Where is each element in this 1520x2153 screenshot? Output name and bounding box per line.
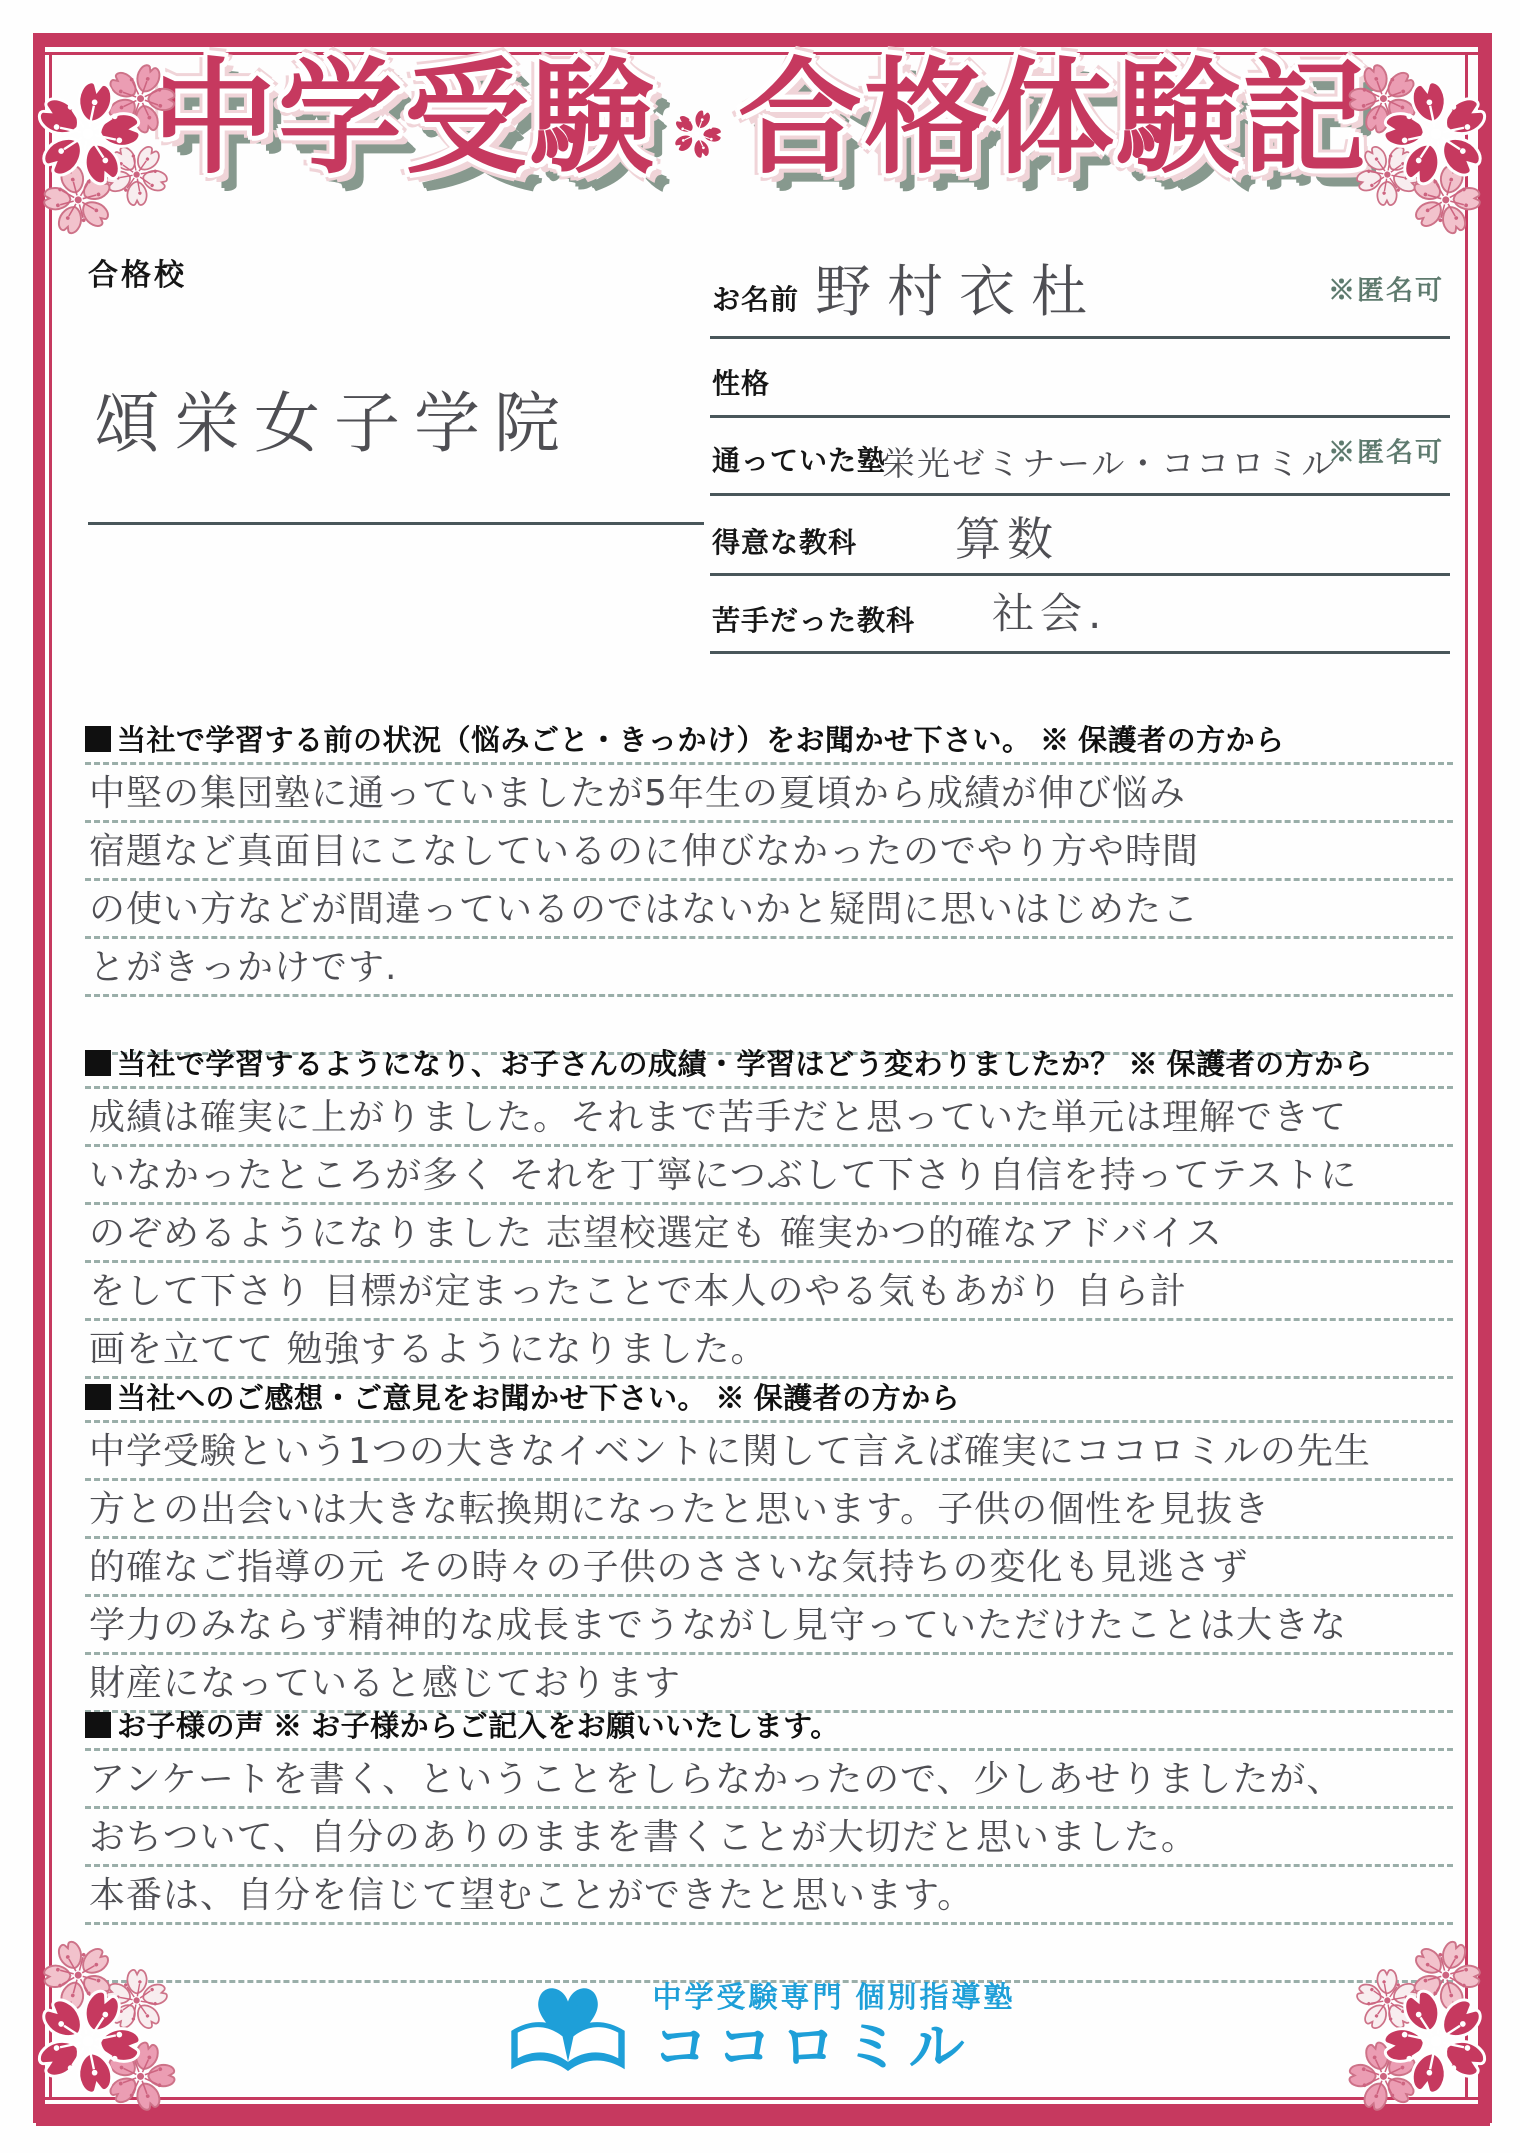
strong-subject-value: 算数 xyxy=(955,503,1059,569)
answer-line: 成績は確実に上がりました。それまで苦手だと思っていた単元は理解できて xyxy=(85,1089,1453,1147)
field-strong-subject: 得意な教科 算数 xyxy=(710,493,1450,576)
sakura-corner-top-right-icon xyxy=(1327,38,1512,243)
section-heading-text: お子様の声 ※ お子様からご記入をお願いいたします。 xyxy=(117,1711,840,1743)
answer-text: アンケートを書く、ということをしらなかったので、少しあせりましたが、 xyxy=(85,1751,1453,1809)
frame-right-thin xyxy=(1465,52,1468,2097)
answer-text: 中学受験という1つの大きなイベントに関して言えば確実にココロミルの先生 xyxy=(85,1423,1453,1481)
frame-bottom-thin xyxy=(36,2097,1490,2100)
answer-text: 中堅の集団塾に通っていましたが5年生の夏頃から成績が伸び悩み xyxy=(85,765,1453,823)
section-heading-text: 当社で学習する前の状況（悩みごと・きっかけ）をお聞かせ下さい。 ※ 保護者の方か… xyxy=(117,725,1285,757)
accepted-school-value: 頌栄女子学院 xyxy=(94,370,574,465)
answer-text: 学力のみならず精神的な成長までうながし見守っていただけたことは大きな xyxy=(85,1597,1453,1655)
section-marker-icon xyxy=(85,1050,111,1076)
section-marker-icon xyxy=(85,1384,111,1410)
answer-line: 中学受験という1つの大きなイベントに関して言えば確実にココロミルの先生 xyxy=(85,1423,1453,1481)
section-marker-icon xyxy=(85,726,111,752)
field-weak-subject: 苦手だった教科 社会. xyxy=(710,573,1450,654)
testimonial-form-page: 中学受験合格体験記 合格校 頌栄女子学院 お名前 野村衣杜 ※匿名可 性格 通っ… xyxy=(0,0,1520,2153)
name-value: 野村衣杜 xyxy=(815,248,1103,328)
answer-text: 本番は、自分を信じて望むことができたと思います。 xyxy=(85,1867,1453,1925)
anonymous-ok-note: ※匿名可 xyxy=(1328,268,1444,307)
weak-subject-label: 苦手だった教科 xyxy=(712,599,915,639)
answer-line: 中堅の集団塾に通っていましたが5年生の夏頃から成績が伸び悩み xyxy=(85,765,1453,823)
name-label: お名前 xyxy=(712,278,799,318)
section-heading-text: 当社で学習するようになり、お子さんの成績・学習はどう変わりましたか？ ※ 保護者… xyxy=(117,1049,1373,1081)
section-heading-text: 当社へのご感想・ご意見をお聞かせ下さい。 ※ 保護者の方から xyxy=(117,1383,960,1415)
answer-text: 宿題など真面目にこなしているのに伸びなかったのでやり方や時間 xyxy=(85,823,1453,881)
answer-line: 方との出会いは大きな転換期になったと思います。子供の個性を見抜き xyxy=(85,1481,1453,1539)
answer-line: 宿題など真面目にこなしているのに伸びなかったのでやり方や時間 xyxy=(85,823,1453,881)
answer-line: いなかったところが多く それを丁寧につぶして下さり自信を持ってテストに xyxy=(85,1147,1453,1205)
answer-line: 学力のみならず精神的な成長までうながし見守っていただけたことは大きな xyxy=(85,1597,1453,1655)
sakura-corner-top-left-icon xyxy=(12,38,197,243)
title-part-1: 中学受験 xyxy=(152,46,656,191)
answer-text: おちついて、自分のありのままを書くことが大切だと思いました。 xyxy=(85,1809,1453,1867)
section-marker-icon xyxy=(85,1712,111,1738)
frame-left-thick xyxy=(33,33,45,2123)
kokoromiru-book-heart-logo-icon xyxy=(504,1976,632,2082)
weak-subject-value: 社会. xyxy=(992,581,1107,641)
answer-line: おちついて、自分のありのままを書くことが大切だと思いました。 xyxy=(85,1809,1453,1867)
field-previous-juku: 通っていた塾 栄光ゼミナール・ココロミル ※匿名可 xyxy=(710,415,1450,496)
answer-text: のぞめるようになりました 志望校選定も 確実かつ的確なアドバイス xyxy=(85,1205,1453,1263)
title-part-2: 合格体験記 xyxy=(738,46,1368,191)
answer-text: 画を立てて 勉強するようになりました。 xyxy=(85,1321,1453,1379)
frame-left-thin xyxy=(49,52,52,2097)
section-heading: お子様の声 ※ お子様からご記入をお願いいたします。 xyxy=(85,1704,1453,1748)
strong-subject-label: 得意な教科 xyxy=(712,521,857,561)
section-heading: 当社で学習するようになり、お子さんの成績・学習はどう変わりましたか？ ※ 保護者… xyxy=(85,1042,1453,1086)
answer-line: 本番は、自分を信じて望むことができたと思います。 xyxy=(85,1867,1453,1925)
answer-line: 画を立てて 勉強するようになりました。 xyxy=(85,1321,1453,1379)
field-personality: 性格 xyxy=(710,336,1450,418)
frame-bottom-thick xyxy=(36,2104,1490,2126)
field-name: お名前 野村衣杜 ※匿名可 xyxy=(710,248,1450,339)
answer-line xyxy=(85,1925,1453,1983)
answer-text: 的確なご指導の元 その時々の子供のささいな気持ちの変化も見逃さず xyxy=(85,1539,1453,1597)
section-child-voice: お子様の声 ※ お子様からご記入をお願いいたします。 アンケートを書く、というこ… xyxy=(85,1704,1453,1983)
answer-line: のぞめるようになりました 志望校選定も 確実かつ的確なアドバイス xyxy=(85,1205,1453,1263)
answer-text: いなかったところが多く それを丁寧につぶして下さり自信を持ってテストに xyxy=(85,1147,1453,1205)
answer-text: とがきっかけです. xyxy=(85,939,1453,997)
footer-brand-name: ココロミル xyxy=(652,2016,1015,2078)
answer-line: をして下さり 目標が定まったことで本人のやる気もあがり 自ら計 xyxy=(85,1263,1453,1321)
footer-tagline: 中学受験専門 個別指導塾 xyxy=(652,1980,1015,2016)
sakura-divider-icon xyxy=(666,103,728,165)
accepted-school-label: 合格校 xyxy=(88,259,187,292)
answer-text: 方との出会いは大きな転換期になったと思います。子供の個性を見抜き xyxy=(85,1481,1453,1539)
answer-line: とがきっかけです. xyxy=(85,939,1453,997)
section-feedback: 当社へのご感想・ご意見をお聞かせ下さい。 ※ 保護者の方から 中学受験という1つ… xyxy=(85,1376,1453,1713)
answer-text: 成績は確実に上がりました。それまで苦手だと思っていた単元は理解できて xyxy=(85,1089,1453,1147)
previous-juku-value: 栄光ゼミナール・ココロミル xyxy=(882,438,1336,485)
sakura-corner-bottom-right-icon xyxy=(1327,1932,1512,2137)
answer-text: の使い方などが間違っているのではないかと疑問に思いはじめたこ xyxy=(85,881,1453,939)
sakura-corner-bottom-left-icon xyxy=(12,1932,197,2137)
answer-text: をして下さり 目標が定まったことで本人のやる気もあがり 自ら計 xyxy=(85,1263,1453,1321)
answer-line: アンケートを書く、ということをしらなかったので、少しあせりましたが、 xyxy=(85,1751,1453,1809)
previous-juku-label: 通っていた塾 xyxy=(712,439,886,479)
section-before-study: 当社で学習する前の状況（悩みごと・きっかけ）をお聞かせ下さい。 ※ 保護者の方か… xyxy=(85,718,1453,1055)
footer-brand: 中学受験専門 個別指導塾 ココロミル xyxy=(0,1976,1520,2082)
personality-label: 性格 xyxy=(712,362,770,402)
answer-line: 的確なご指導の元 その時々の子供のささいな気持ちの変化も見逃さず xyxy=(85,1539,1453,1597)
section-after-study: 当社で学習するようになり、お子さんの成績・学習はどう変わりましたか？ ※ 保護者… xyxy=(85,1042,1453,1379)
anonymous-ok-note: ※匿名可 xyxy=(1328,431,1444,470)
section-heading: 当社で学習する前の状況（悩みごと・きっかけ）をお聞かせ下さい。 ※ 保護者の方か… xyxy=(85,718,1453,762)
frame-right-thick xyxy=(1478,33,1492,2123)
section-heading: 当社へのご感想・ご意見をお聞かせ下さい。 ※ 保護者の方から xyxy=(85,1376,1453,1420)
field-accepted-school: 合格校 頌栄女子学院 xyxy=(88,250,704,525)
page-title: 中学受験合格体験記 xyxy=(0,44,1520,194)
answer-line: の使い方などが間違っているのではないかと疑問に思いはじめたこ xyxy=(85,881,1453,939)
